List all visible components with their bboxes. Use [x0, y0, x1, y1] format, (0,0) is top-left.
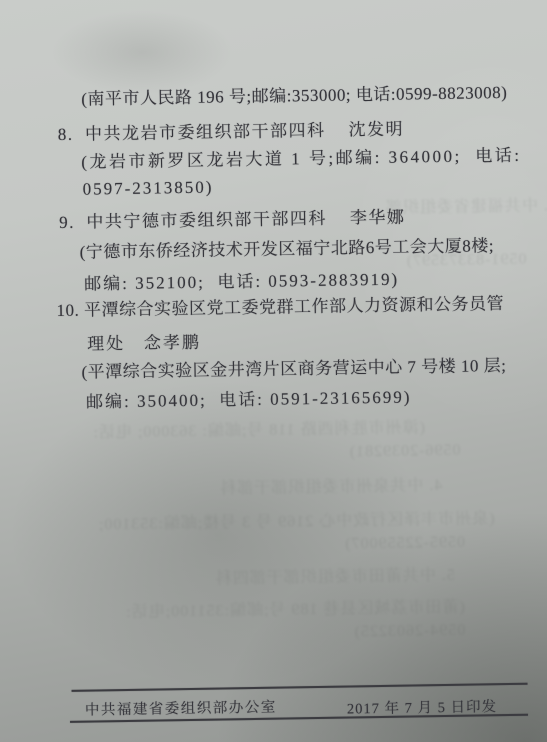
- entry-8-longyan-contact: 8. 中共龙岩市委组织部干部四科 沈发明: [58, 115, 405, 145]
- bleed-through-line: 5. 中共莆田市委组织部干部四科: [215, 562, 455, 589]
- address-line-pingtan: (平潭综合实验区金井湾片区商务营运中心 7 号楼 10 层;: [81, 351, 506, 383]
- paper-page: 1. 中共福建省委组织部 0591-83373597) (漳州市胜利西路 118…: [0, 0, 547, 742]
- phone-line-longyan: 0597-2313850): [83, 178, 214, 200]
- bleed-through-line: (莆田市荔城区县巷 189 号;邮编:351100;电话:: [125, 594, 465, 622]
- bleed-through-line: 1. 中共福建省委组织部: [385, 192, 547, 218]
- bleed-through-line: (泉州市丰泽区行政中心 2169 号 3 号楼;邮编:353100;: [98, 505, 495, 534]
- postcode-phone-line-ningde: 邮编: 352100; 电话: 0593-2883919): [84, 265, 399, 295]
- address-line-longyan: (龙岩市新罗区龙岩大道 1 号;邮编: 364000; 电话:: [81, 141, 522, 173]
- entry-9-ningde-contact: 9. 中共宁德市委组织部干部四科 李华娜: [59, 203, 406, 233]
- document-photo: 1. 中共福建省委组织部 0591-83373597) (漳州市胜利西路 118…: [0, 0, 547, 742]
- bleed-through-line: 0594-2603225): [354, 622, 466, 642]
- bleed-through-line: 0595-22559007): [344, 534, 465, 554]
- postcode-phone-line-pingtan: 邮编: 350400; 电话: 0591-23165699): [86, 382, 412, 412]
- address-line-nanping: (南平市人民路 196 号;邮编:353000; 电话:0599-8823008…: [81, 78, 507, 110]
- footer-issuer: 中共福建省委组织部办公室: [85, 696, 277, 720]
- bleed-through-line: 4. 中共泉州市委组织部干部科: [219, 472, 442, 499]
- bleed-through-line: 0596-2039281): [349, 442, 461, 462]
- entry-10-pingtan-contact: 理处 念孝鹏: [87, 328, 201, 355]
- footer-rule-top: [72, 683, 528, 692]
- bleed-through-line: (漳州市胜利西路 118 号;邮编: 363000; 电话:: [92, 414, 425, 442]
